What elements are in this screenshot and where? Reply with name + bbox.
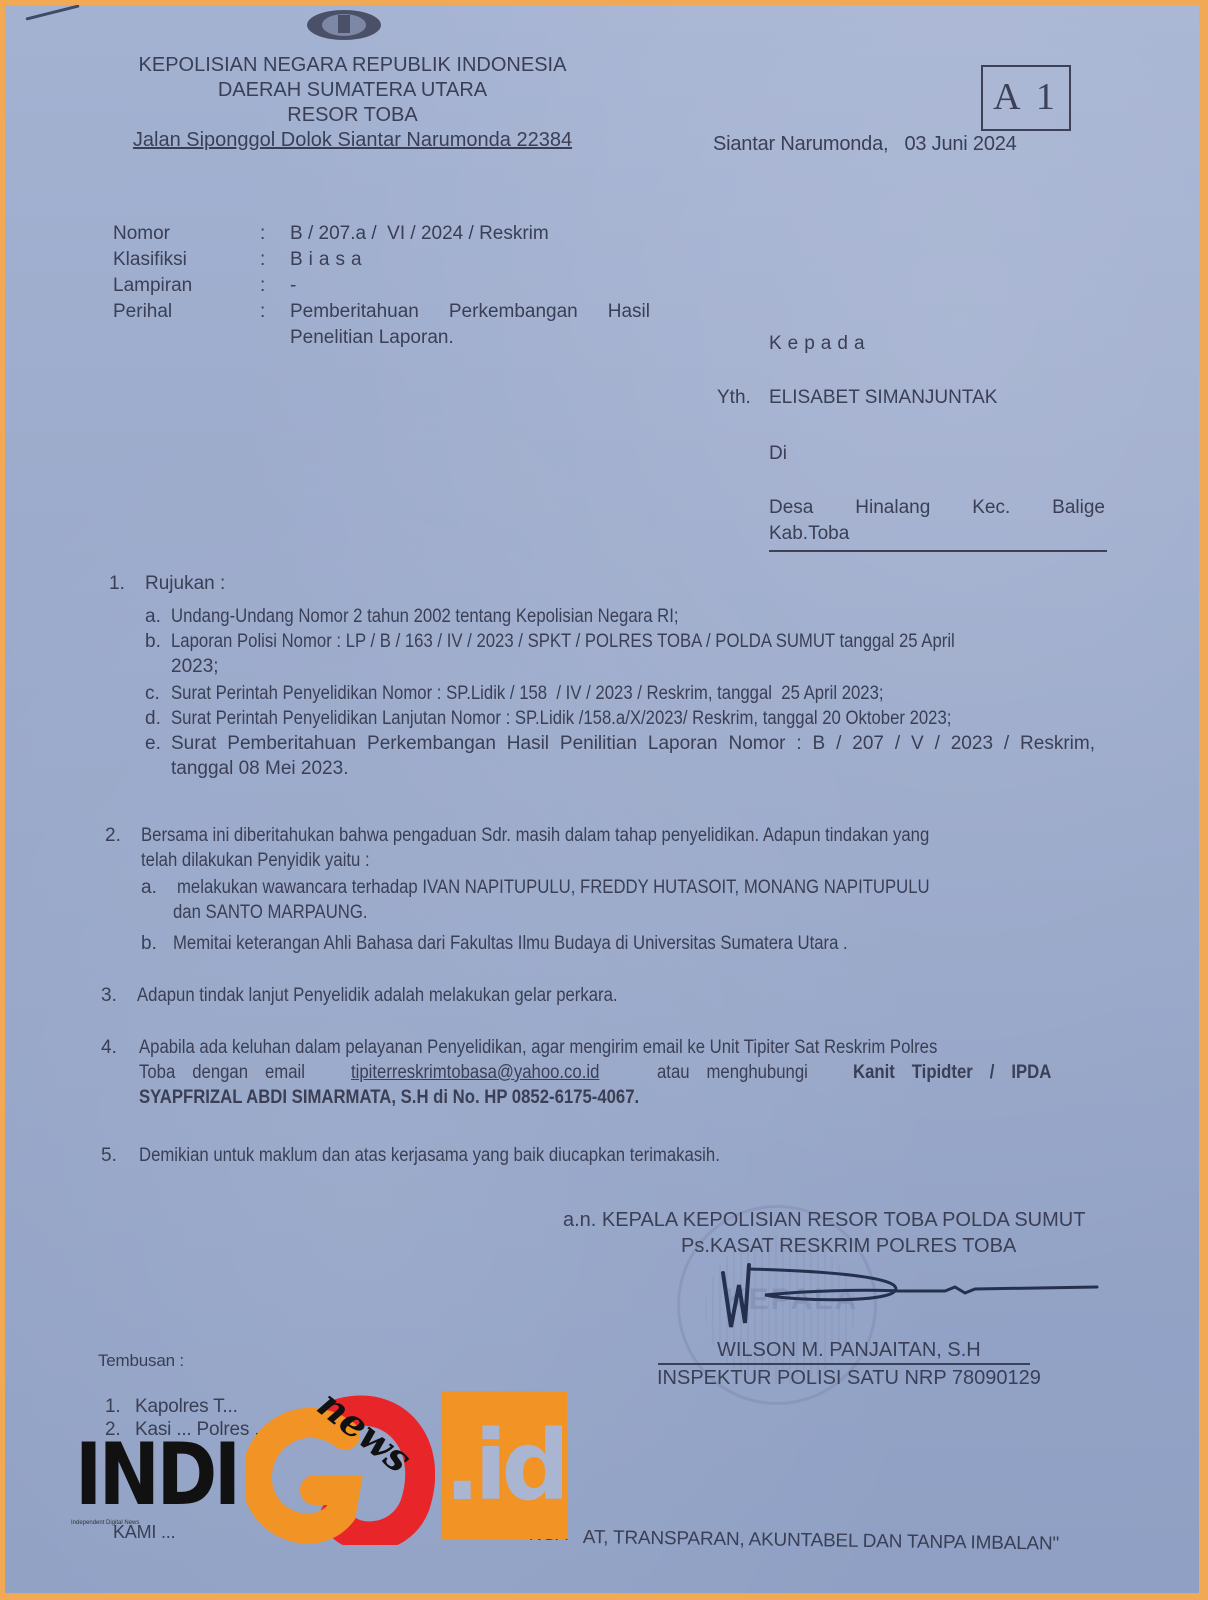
region-name: DAERAH SUMATERA UTARA	[125, 78, 580, 103]
paragraph-text: Toba dengan email	[139, 1060, 305, 1085]
paragraph-number: 5.	[101, 1143, 117, 1168]
meta-row-perihal-cont: Penelitian Laporan.	[113, 325, 650, 351]
action-item: melakukan wawancara terhadap IVAN NAPITU…	[177, 875, 930, 900]
reference-item: Laporan Polisi Nomor : LP / B / 163 / IV…	[171, 629, 955, 654]
reference-item: Surat Perintah Penyelidikan Lanjutan Nom…	[171, 706, 951, 731]
paragraph-title: Rujukan :	[145, 571, 225, 596]
recipient-underline	[769, 550, 1107, 552]
signer-name: WILSON M. PANJAITAN, S.H	[717, 1339, 981, 1362]
contact-phone: SYAPFRIZAL ABDI SIMARMATA, S.H di No. HP…	[139, 1085, 639, 1110]
reference-item: Surat Pemberitahuan Perkembangan Hasil P…	[171, 731, 1095, 756]
item-letter: e.	[145, 731, 161, 756]
item-letter: b.	[141, 931, 157, 956]
meta-label: Nomor	[113, 221, 260, 247]
letterhead: KEPOLISIAN NEGARA REPUBLIK INDONESIA DAE…	[125, 53, 580, 153]
paragraph-text: Adapun tindak lanjut Penyelidik adalah m…	[137, 983, 618, 1008]
logo-id-text: .id	[441, 1391, 567, 1541]
contact-officer: Kanit Tipidter / IPDA	[853, 1060, 1051, 1085]
recipient-regency: Kab.Toba	[769, 523, 849, 545]
meta-value: B / 207.a / VI / 2024 / Reskrim	[290, 221, 650, 247]
meta-row-klasifikasi: Klasifiksi : Biasa	[113, 247, 650, 273]
paragraph-number: 4.	[101, 1035, 117, 1060]
paragraph-text: atau menghubungi	[657, 1060, 808, 1085]
signature-icon	[705, 1255, 1105, 1335]
paragraph-text-cont: telah dilakukan Penyidik yaitu :	[141, 848, 370, 873]
meta-label: Perihal	[113, 299, 260, 325]
kepada-label: Kepada	[769, 333, 871, 355]
document-photo: KEPOLISIAN NEGARA REPUBLIK INDONESIA DAE…	[5, 5, 1199, 1593]
pen-mark	[25, 5, 79, 21]
meta-value: Pemberitahuan Perkembangan Hasil	[290, 299, 650, 325]
paragraph-number: 2.	[105, 823, 121, 848]
reference-item-cont: 2023;	[171, 654, 219, 679]
logo-indi-text: INDI	[75, 1425, 238, 1525]
di-label: Di	[769, 443, 787, 465]
reference-item: Surat Perintah Penyelidikan Nomor : SP.L…	[171, 681, 884, 706]
police-emblem-icon	[305, 7, 383, 41]
yth-label: Yth.	[717, 387, 751, 409]
meta-sep: :	[260, 247, 290, 273]
logo-tagline: Independent Digital News	[71, 1520, 139, 1526]
meta-value-cont: Penelitian Laporan.	[290, 325, 650, 351]
meta-label: Klasifiksi	[113, 247, 260, 273]
contact-email-link[interactable]: tipiterreskrimtobasa@yahoo.co.id	[351, 1060, 599, 1085]
paragraph-number: 3.	[101, 983, 117, 1008]
recipient-name: ELISABET SIMANJUNTAK	[769, 387, 997, 409]
institution-name: KEPOLISIAN NEGARA REPUBLIK INDONESIA	[125, 53, 580, 78]
meta-row-nomor: Nomor : B / 207.a / VI / 2024 / Reskrim	[113, 221, 650, 247]
paragraph-text: Bersama ini diberitahukan bahwa pengadua…	[141, 823, 929, 848]
reference-item-cont: tanggal 08 Mei 2023.	[171, 756, 348, 781]
meta-label: Lampiran	[113, 273, 260, 299]
item-letter: a.	[141, 875, 157, 900]
item-letter: a.	[145, 604, 161, 629]
unit-name: RESOR TOBA	[125, 103, 580, 128]
meta-row-lampiran: Lampiran : -	[113, 273, 650, 299]
footer-motto: AT, TRANSPARAN, AKUNTABEL DAN TANPA IMBA…	[583, 1527, 1060, 1556]
item-letter: c.	[145, 681, 160, 706]
institution-address: Jalan Siponggol Dolok Siantar Narumonda …	[125, 128, 580, 153]
paragraph-text: Apabila ada keluhan dalam pelayanan Peny…	[139, 1035, 937, 1060]
item-letter: d.	[145, 706, 161, 731]
letter-meta: Nomor : B / 207.a / VI / 2024 / Reskrim …	[113, 221, 650, 351]
on-behalf-line: a.n. KEPALA KEPOLISIAN RESOR TOBA POLDA …	[563, 1209, 1085, 1232]
meta-row-perihal: Perihal : Pemberitahuan Perkembangan Has…	[113, 299, 650, 325]
paragraph-number: 1.	[109, 571, 125, 596]
signer-underline	[658, 1363, 1030, 1365]
place-date: Siantar Narumonda, 03 Juni 2024	[713, 133, 1017, 156]
meta-value: Biasa	[290, 247, 650, 273]
meta-sep: :	[260, 273, 290, 299]
code-box-text: A 1	[983, 75, 1069, 119]
code-box: A 1	[981, 65, 1071, 131]
meta-sep: :	[260, 299, 290, 325]
meta-value: -	[290, 273, 650, 299]
reference-item: Undang-Undang Nomor 2 tahun 2002 tentang…	[171, 604, 679, 629]
meta-sep: :	[260, 221, 290, 247]
action-item: Memitai keterangan Ahli Bahasa dari Faku…	[173, 931, 848, 956]
item-letter: b.	[145, 629, 161, 654]
action-item-cont: dan SANTO MARPAUNG.	[173, 900, 368, 925]
cc-title: Tembusan :	[98, 1351, 184, 1371]
signer-rank: INSPEKTUR POLISI SATU NRP 78090129	[657, 1367, 1041, 1390]
indigo-news-watermark: INDI Independent Digital News news .id	[69, 1383, 589, 1563]
recipient-address: Desa Hinalang Kec. Balige	[769, 497, 1105, 519]
paragraph-text: Demikian untuk maklum dan atas kerjasama…	[139, 1143, 720, 1168]
